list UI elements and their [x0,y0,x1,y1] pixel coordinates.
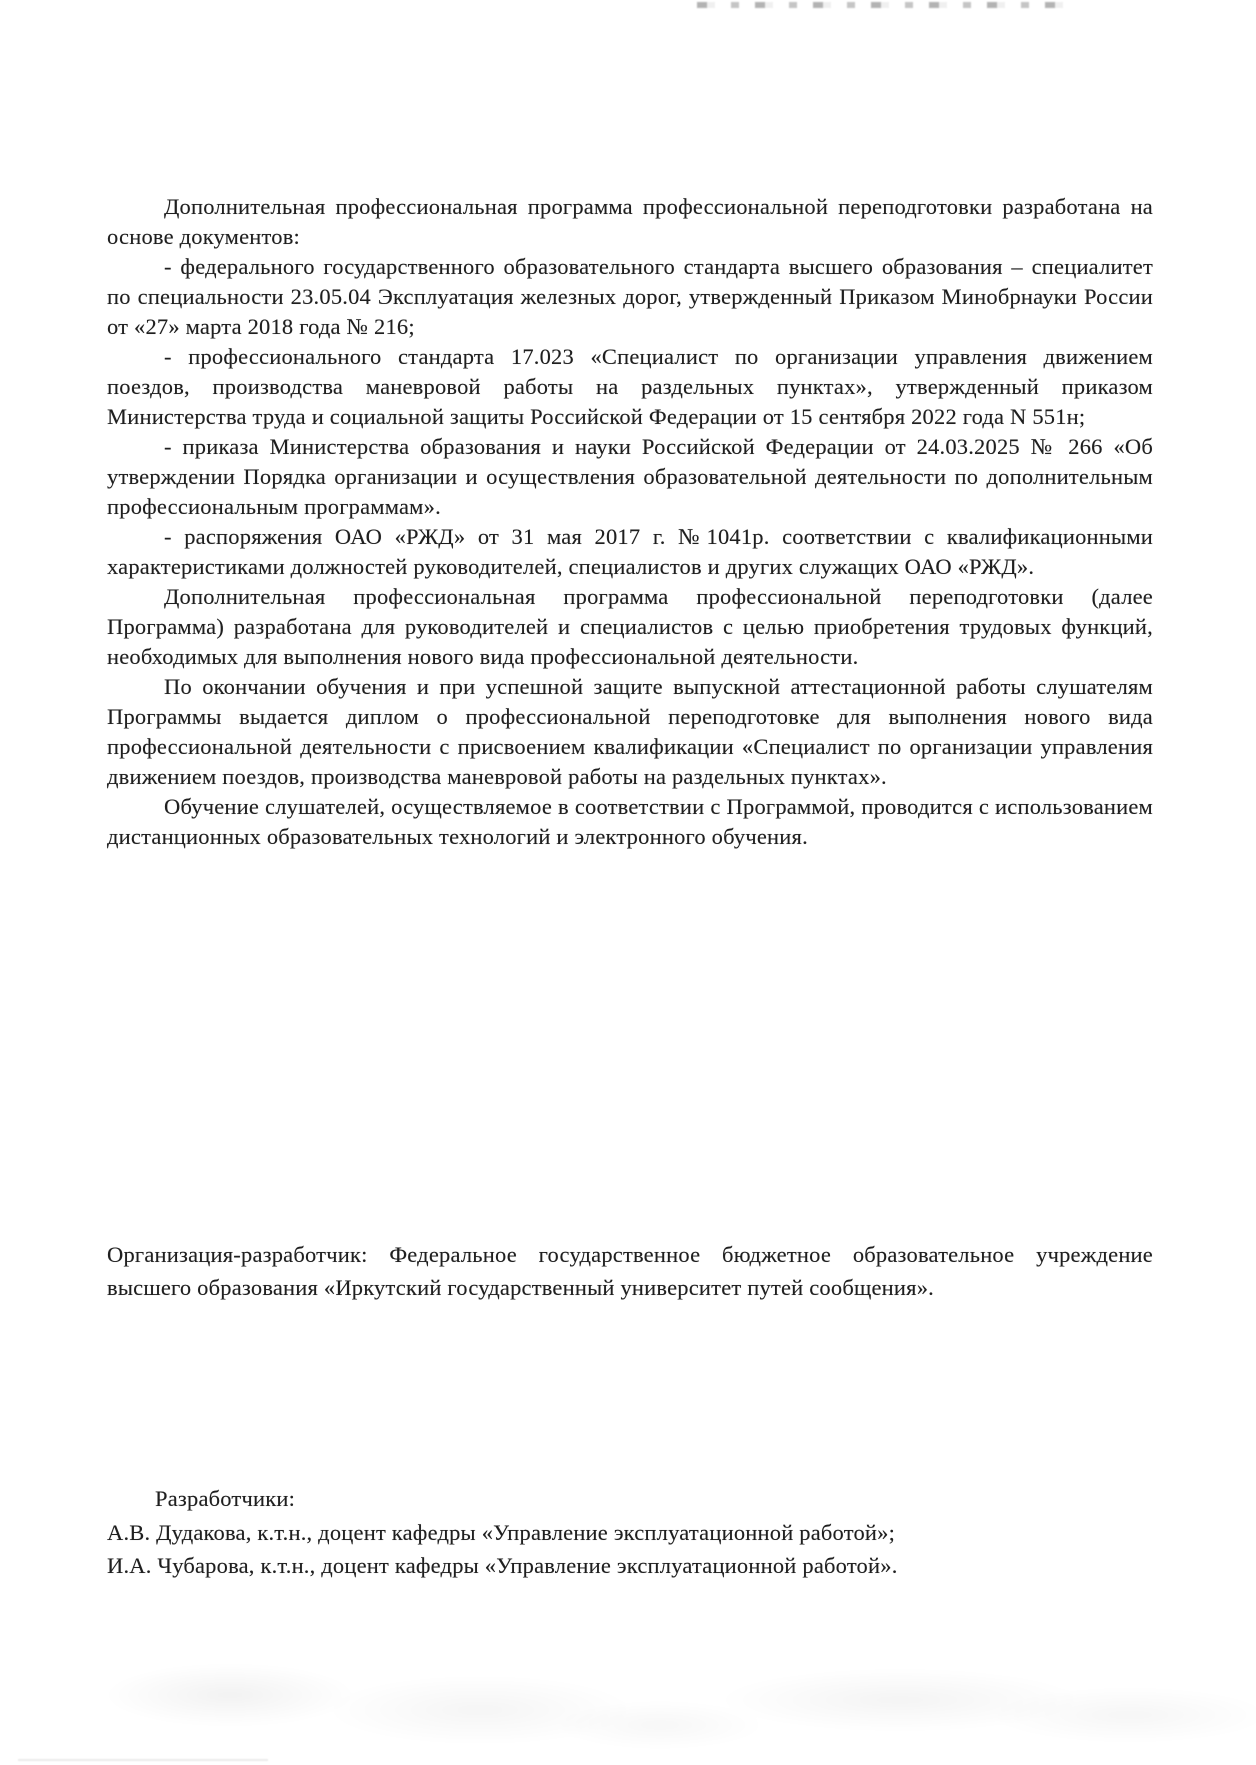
list-item-rzd-directive: - распоряжения ОАО «РЖД» от 31 мая 2017 … [107,522,1153,582]
paragraph-organization-developer: Организация-разработчик: Федеральное гос… [107,1238,1153,1304]
scanned-document-page: Дополнительная профессиональная программ… [0,0,1256,1765]
document-body: Дополнительная профессиональная программ… [107,192,1153,852]
developer-entry: И.А. Чубарова, к.т.н., доцент кафедры «У… [107,1549,1153,1582]
scan-artifact-bottom-noise [0,1635,1256,1765]
paragraph-intro: Дополнительная профессиональная программ… [107,192,1153,252]
scan-artifact-top-smudge [697,2,1065,8]
list-item-federal-standard: - федерального государственного образова… [107,252,1153,342]
list-item-professional-standard: - профессионального стандарта 17.023 «Сп… [107,342,1153,432]
paragraph-diploma: По окончании обучения и при успешной защ… [107,672,1153,792]
paragraph-program-purpose: Дополнительная профессиональная программ… [107,582,1153,672]
developers-section: Разработчики: А.В. Дудакова, к.т.н., доц… [107,1482,1153,1582]
scan-artifact-bottom-line [18,1759,268,1761]
organization-section: Организация-разработчик: Федеральное гос… [107,1238,1153,1304]
developer-entry: А.В. Дудакова, к.т.н., доцент кафедры «У… [107,1516,1153,1549]
developers-heading: Разработчики: [107,1482,1153,1515]
list-item-ministry-order: - приказа Министерства образования и нау… [107,432,1153,522]
paragraph-distance-learning: Обучение слушателей, осуществляемое в со… [107,792,1153,852]
